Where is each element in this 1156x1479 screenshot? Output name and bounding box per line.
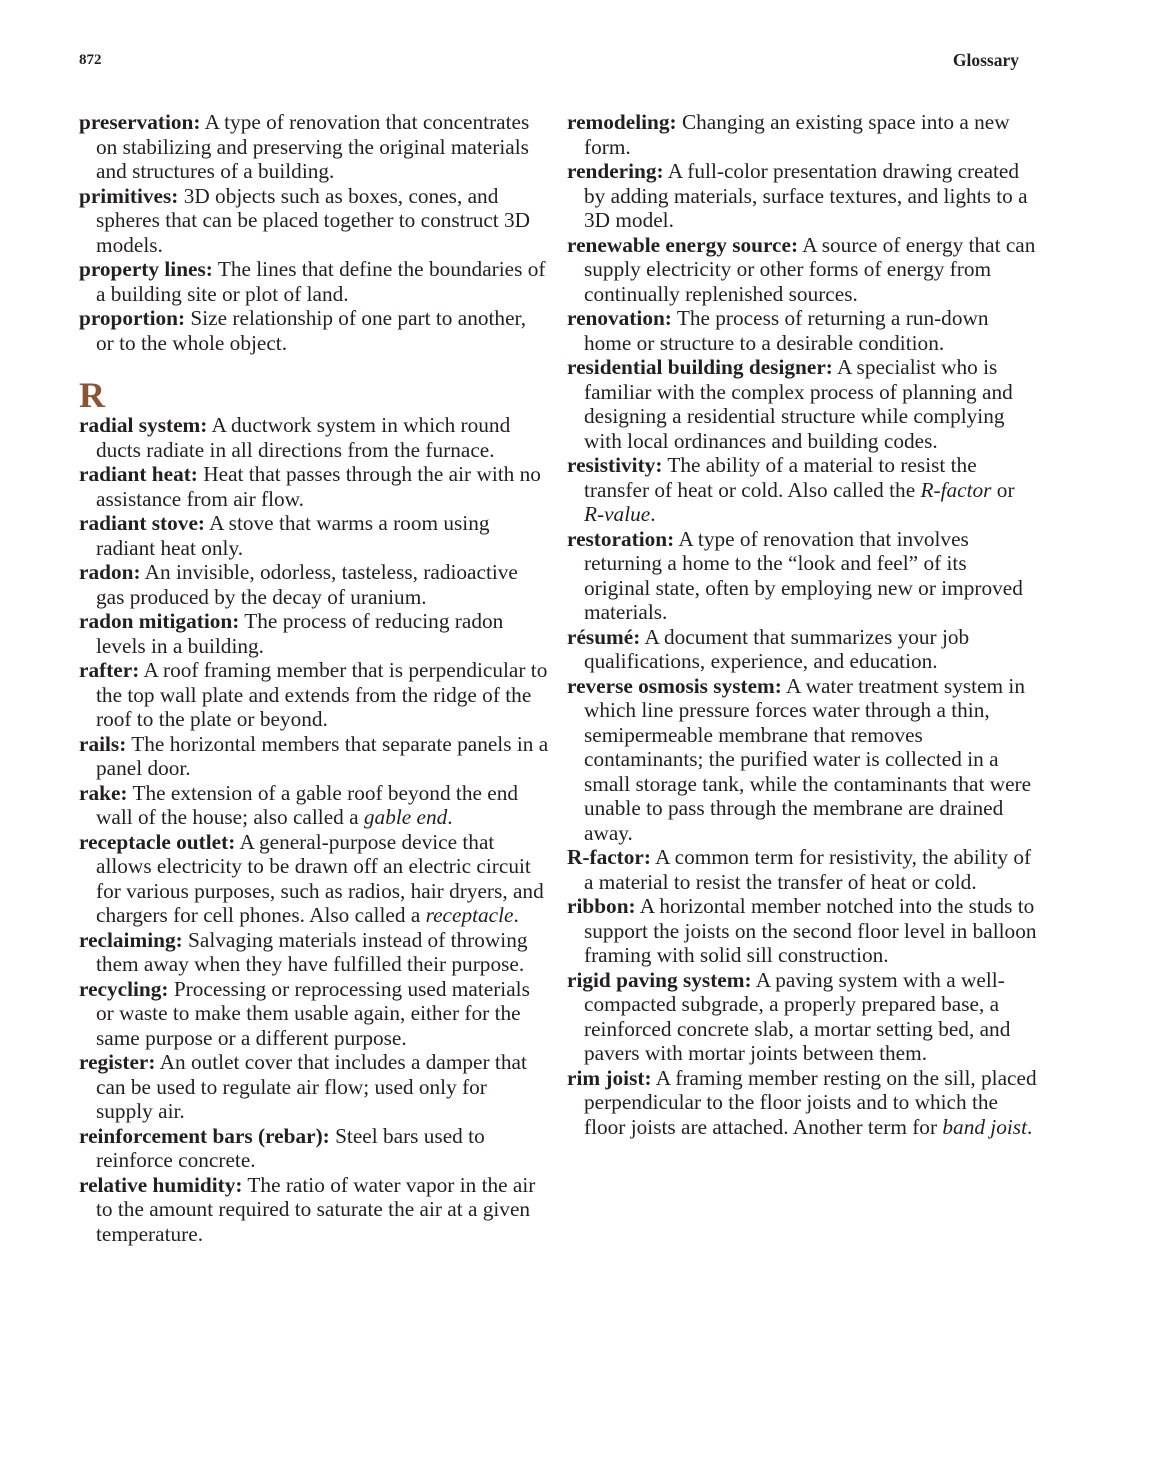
glossary-entry: relative humidity: The ratio of water va… [79,1173,549,1247]
glossary-entry: rigid paving system: A paving system wit… [567,968,1037,1066]
glossary-entry: register: An outlet cover that includes … [79,1050,549,1124]
italic-term-reference: receptacle [426,903,514,927]
glossary-term: primitives: [79,184,178,208]
glossary-term: register: [79,1050,155,1074]
glossary-entry: rake: The extension of a gable roof beyo… [79,781,549,830]
definition-text: A horizontal member notched into the stu… [584,894,1037,967]
glossary-entry: rafter: A roof framing member that is pe… [79,658,549,732]
glossary-entry: proportion: Size relationship of one par… [79,306,549,355]
italic-term-reference: R-value [584,502,650,526]
glossary-term: recycling: [79,977,169,1001]
glossary-entry: R-factor: A common term for resistivity,… [567,845,1037,894]
glossary-term: receptacle outlet: [79,830,235,854]
definition-text: . [650,502,655,526]
glossary-term: rails: [79,732,126,756]
glossary-term: residential building designer: [567,355,833,379]
glossary-entry: rim joist: A framing member resting on t… [567,1066,1037,1140]
glossary-entry: reclaiming: Salvaging materials instead … [79,928,549,977]
glossary-term: R-factor: [567,845,651,869]
glossary-term: resistivity: [567,453,662,477]
glossary-term: ribbon: [567,894,636,918]
glossary-term: reverse osmosis system: [567,674,782,698]
glossary-term: proportion: [79,306,185,330]
glossary-term: radial system: [79,413,207,437]
glossary-entry: remodeling: Changing an existing space i… [567,110,1037,159]
glossary-entry: radiant stove: A stove that warms a room… [79,511,549,560]
glossary-term: radon mitigation: [79,609,239,633]
glossary-term: radiant stove: [79,511,205,535]
glossary-term: rafter: [79,658,139,682]
definition-text: An invisible, odorless, tasteless, radio… [96,560,518,609]
glossary-term: preservation: [79,110,200,134]
glossary-entry: preservation: A type of renovation that … [79,110,549,184]
glossary-term: rigid paving system: [567,968,752,992]
glossary-entry: reverse osmosis system: A water treatmen… [567,674,1037,846]
definition-text: The extension of a gable roof beyond the… [96,781,518,830]
section-letter: R [79,377,549,413]
page-number: 872 [79,52,102,69]
glossary-entry: radon: An invisible, odorless, tasteless… [79,560,549,609]
glossary-entry: ribbon: A horizontal member notched into… [567,894,1037,968]
glossary-entry: receptacle outlet: A general-purpose dev… [79,830,549,928]
glossary-term: property lines: [79,257,213,281]
glossary-term: radon: [79,560,141,584]
glossary-entry: radiant heat: Heat that passes through t… [79,462,549,511]
glossary-term: relative humidity: [79,1173,242,1197]
definition-text: or [991,478,1014,502]
glossary-list-r-left: radial system: A ductwork system in whic… [79,413,549,1246]
italic-term-reference: R-factor [921,478,992,502]
glossary-term: radiant heat: [79,462,198,486]
glossary-term: renovation: [567,306,672,330]
definition-text: A common term for resistivity, the abili… [584,845,1031,894]
glossary-term: remodeling: [567,110,677,134]
definition-text: . [1027,1115,1032,1139]
glossary-entry: renovation: The process of returning a r… [567,306,1037,355]
glossary-term: renewable energy source: [567,233,798,257]
definition-text: A document that summarizes your job qual… [584,625,969,674]
definition-text: A water treatment system in which line p… [584,674,1031,845]
italic-term-reference: gable end [364,805,447,829]
glossary-entry: radon mitigation: The process of reducin… [79,609,549,658]
italic-term-reference: band joist [942,1115,1027,1139]
glossary-entry: radial system: A ductwork system in whic… [79,413,549,462]
definition-text: An outlet cover that includes a damper t… [96,1050,527,1123]
glossary-entry: residential building designer: A special… [567,355,1037,453]
running-head: Glossary [953,50,1019,71]
glossary-entry: résumé: A document that summarizes your … [567,625,1037,674]
glossary-term: rim joist: [567,1066,652,1090]
definition-text: A roof framing member that is perpendicu… [96,658,547,731]
glossary-term: rake: [79,781,128,805]
glossary-entry: resistivity: The ability of a material t… [567,453,1037,527]
glossary-entry: renewable energy source: A source of ene… [567,233,1037,307]
definition-text: The horizontal members that separate pan… [96,732,548,781]
glossary-list-r-right: remodeling: Changing an existing space i… [567,110,1037,1139]
glossary-entry: primitives: 3D objects such as boxes, co… [79,184,549,258]
glossary-list-p: preservation: A type of renovation that … [79,110,549,355]
glossary-term: rendering: [567,159,664,183]
glossary-entry: restoration: A type of renovation that i… [567,527,1037,625]
right-column: remodeling: Changing an existing space i… [567,110,1037,1139]
left-column: preservation: A type of renovation that … [79,110,549,1246]
glossary-entry: recycling: Processing or reprocessing us… [79,977,549,1051]
glossary-entry: property lines: The lines that define th… [79,257,549,306]
definition-text: . [447,805,452,829]
glossary-entry: rendering: A full-color presentation dra… [567,159,1037,233]
glossary-term: reclaiming: [79,928,183,952]
definition-text: . [514,903,519,927]
glossary-term: reinforcement bars (rebar): [79,1124,330,1148]
glossary-term: résumé: [567,625,640,649]
glossary-entry: rails: The horizontal members that separ… [79,732,549,781]
glossary-term: restoration: [567,527,674,551]
glossary-entry: reinforcement bars (rebar): Steel bars u… [79,1124,549,1173]
